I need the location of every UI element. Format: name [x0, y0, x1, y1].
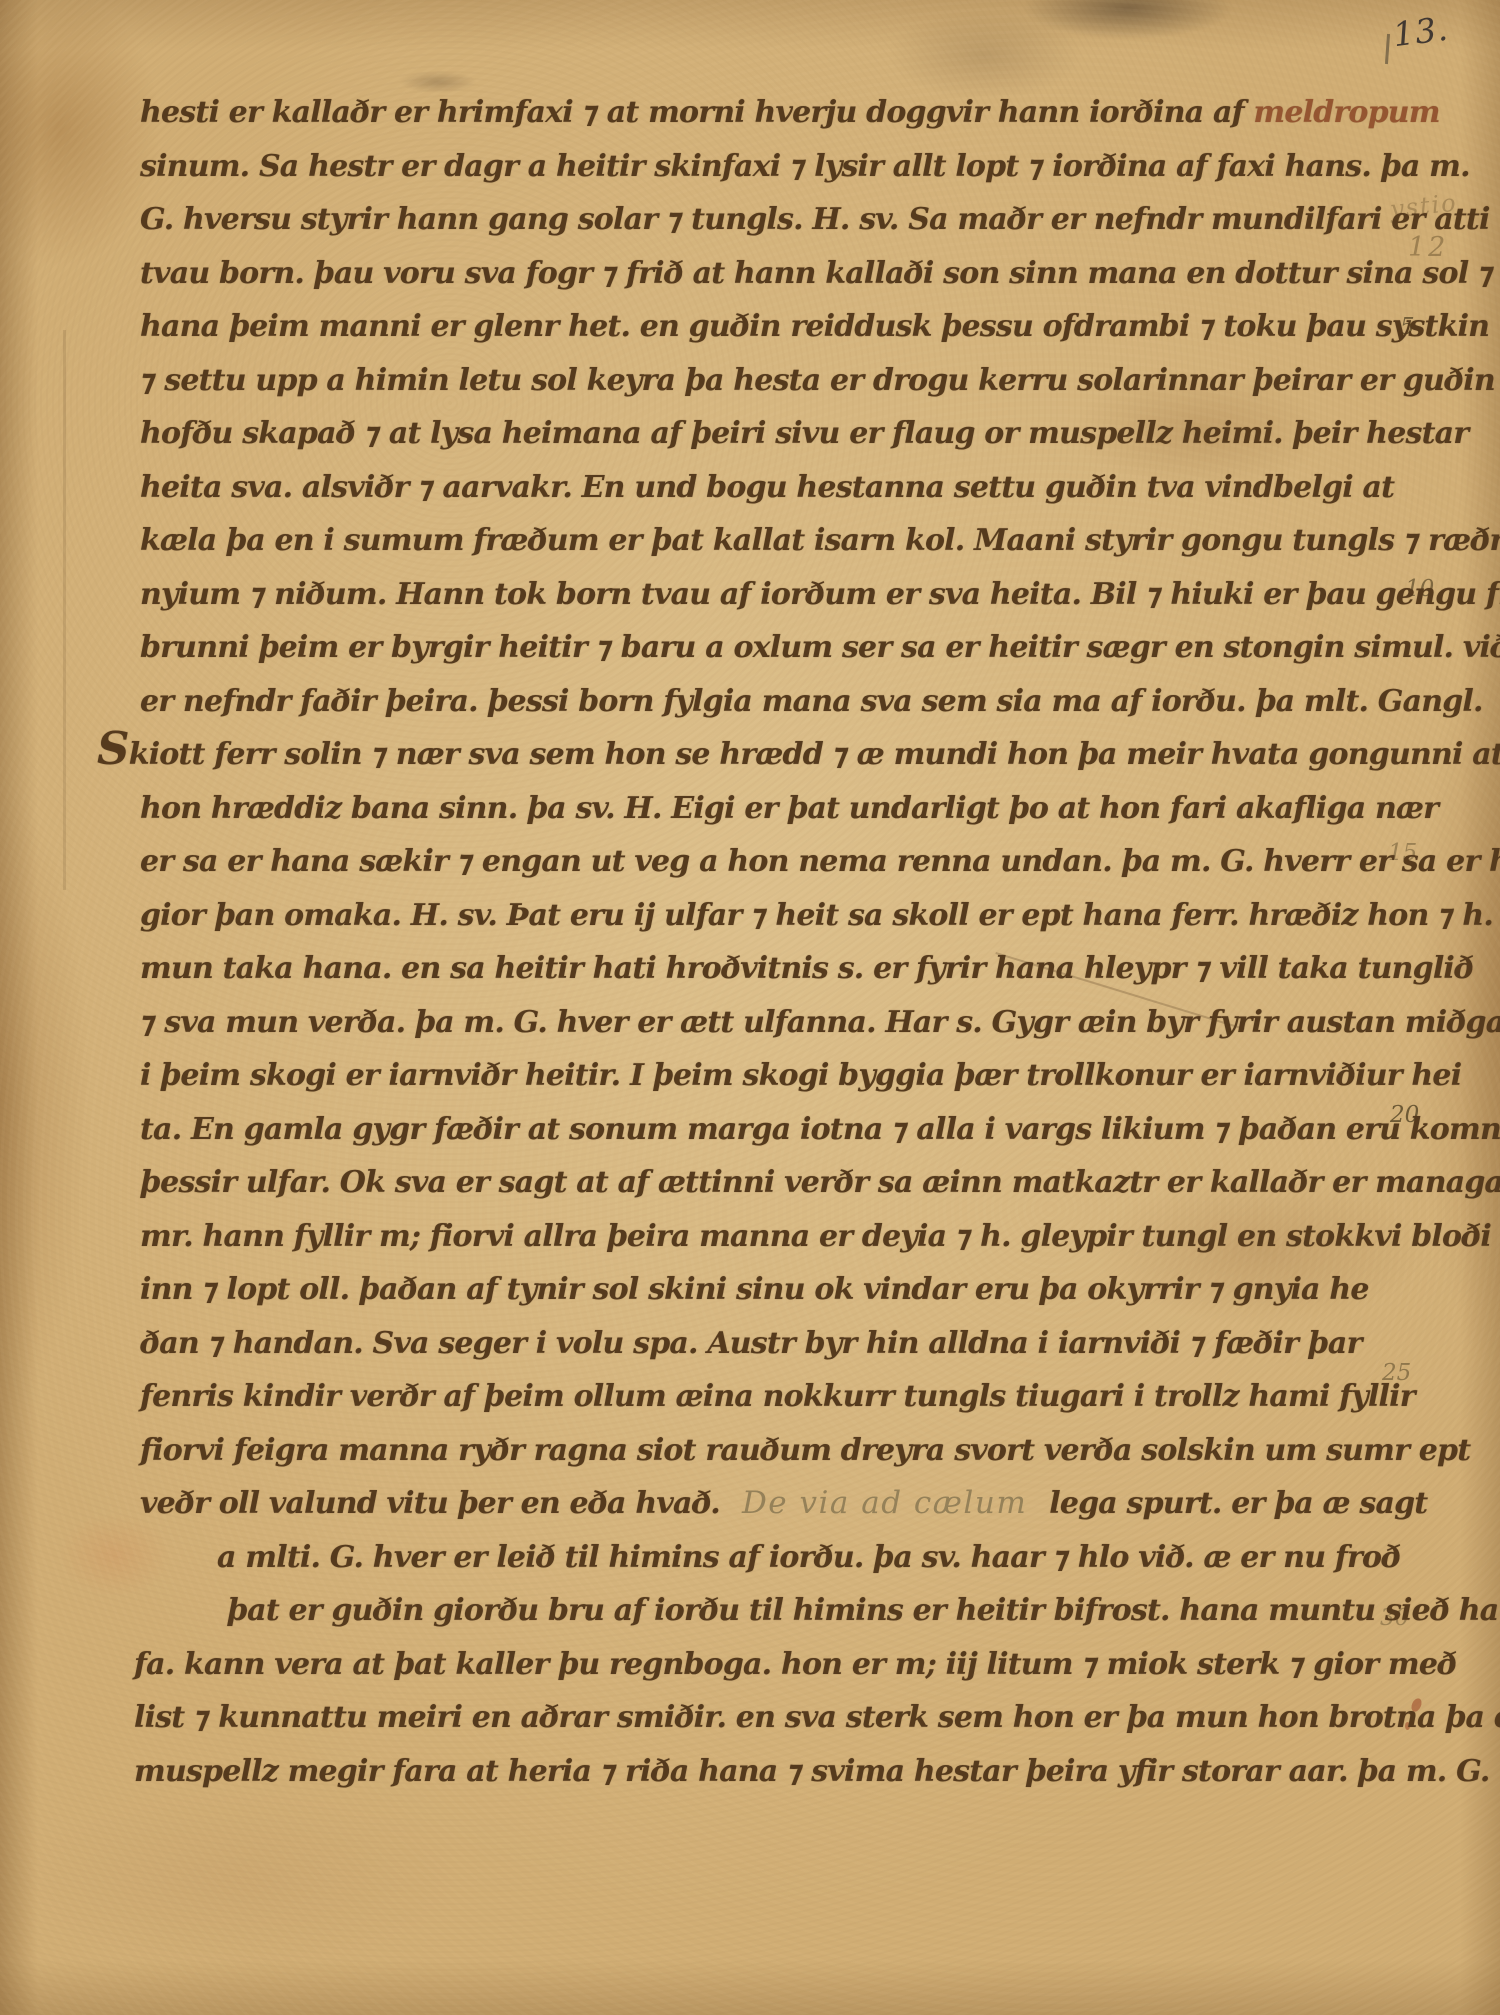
manuscript-line: mr. hann fyllir m; fiorvi allra þeira ma… — [140, 1210, 1395, 1264]
manuscript-line: veðr oll valund vitu þer en eða hvað.De … — [140, 1477, 1395, 1531]
crease-line — [63, 330, 66, 890]
manuscript-page: 13. ystio 12 5 10 15 20 25 30 hesti er k… — [0, 0, 1500, 2015]
manuscript-line: hon hræddiz bana sinn. þa sv. H. Eigi er… — [140, 782, 1395, 836]
manuscript-line: list ⁊ kunnattu meiri en aðrar smiðir. e… — [134, 1691, 1395, 1745]
manuscript-line: fa. kann vera at þat kaller þu regnboga.… — [134, 1638, 1395, 1692]
manuscript-line: fenris kindir verðr af þeim ollum æina n… — [140, 1370, 1395, 1424]
manuscript-line: hofðu skapað ⁊ at lysa heimana af þeiri … — [140, 407, 1395, 461]
manuscript-line: brunni þeim er byrgir heitir ⁊ baru a ox… — [140, 621, 1395, 675]
manuscript-line: hesti er kallaðr er hrimfaxi ⁊ at morni … — [140, 86, 1395, 140]
line-text: lega spurt. er þa æ sagt — [1049, 1486, 1427, 1521]
folio-page-number: 13. — [1391, 9, 1451, 54]
manuscript-line: inn ⁊ lopt oll. þaðan af tynir sol skini… — [140, 1263, 1395, 1317]
manuscript-line: ta. En gamla gygr fæðir at sonum marga i… — [140, 1103, 1395, 1157]
manuscript-line: tvau born. þau voru sva fogr ⁊ frið at h… — [140, 247, 1395, 301]
manuscript-line: Skiott ferr solin ⁊ nær sva sem hon se h… — [97, 728, 1395, 782]
manuscript-line: þessir ulfar. Ok sva er sagt at af ættin… — [140, 1156, 1395, 1210]
manuscript-line: kæla þa en i sumum fræðum er þat kallat … — [140, 514, 1395, 568]
manuscript-line: heita sva. alsviðr ⁊ aarvakr. En und bog… — [140, 461, 1395, 515]
manuscript-line: sinum. Sa hestr er dagr a heitir skinfax… — [140, 140, 1395, 194]
manuscript-line: ⁊ settu upp a himin letu sol keyra þa he… — [140, 354, 1395, 408]
manuscript-line: G. hversu styrir hann gang solar ⁊ tungl… — [140, 193, 1395, 247]
manuscript-line: ⁊ sva mun verða. þa m. G. hver er ætt ul… — [140, 996, 1395, 1050]
red-ink-text: meldropum — [1253, 95, 1439, 130]
manuscript-line: mun taka hana. en sa heitir hati hroðvit… — [140, 942, 1395, 996]
manuscript-line: hana þeim manni er glenr het. en guðin r… — [140, 300, 1395, 354]
manuscript-line: gior þan omaka. H. sv. Þat eru ij ulfar … — [140, 889, 1395, 943]
manuscript-text-block: hesti er kallaðr er hrimfaxi ⁊ at morni … — [140, 86, 1395, 1798]
latin-gloss: De via ad cælum — [742, 1485, 1027, 1521]
manuscript-line: er nefndr faðir þeira. þessi born fylgia… — [140, 675, 1395, 729]
manuscript-line: nyium ⁊ niðum. Hann tok born tvau af ior… — [140, 568, 1395, 622]
manuscript-line: i þeim skogi er iarnviðr heitir. I þeim … — [140, 1049, 1395, 1103]
manuscript-line: muspellz megir fara at heria ⁊ riða hana… — [134, 1745, 1395, 1799]
line-text: hesti er kallaðr er hrimfaxi ⁊ at morni … — [140, 95, 1253, 130]
manuscript-line: fiorvi feigra manna ryðr ragna siot rauð… — [140, 1424, 1395, 1478]
manuscript-line: a mlti. G. hver er leið til himins af io… — [217, 1531, 1395, 1585]
manuscript-line: ðan ⁊ handan. Sva seger i volu spa. Aust… — [140, 1317, 1395, 1371]
manuscript-line: þat er guðin giorðu bru af iorðu til him… — [227, 1584, 1395, 1638]
line-text: veðr oll valund vitu þer en eða hvað. — [140, 1486, 720, 1521]
ink-tick-mark — [1385, 34, 1390, 64]
manuscript-line: er sa er hana sækir ⁊ engan ut veg a hon… — [140, 835, 1395, 889]
